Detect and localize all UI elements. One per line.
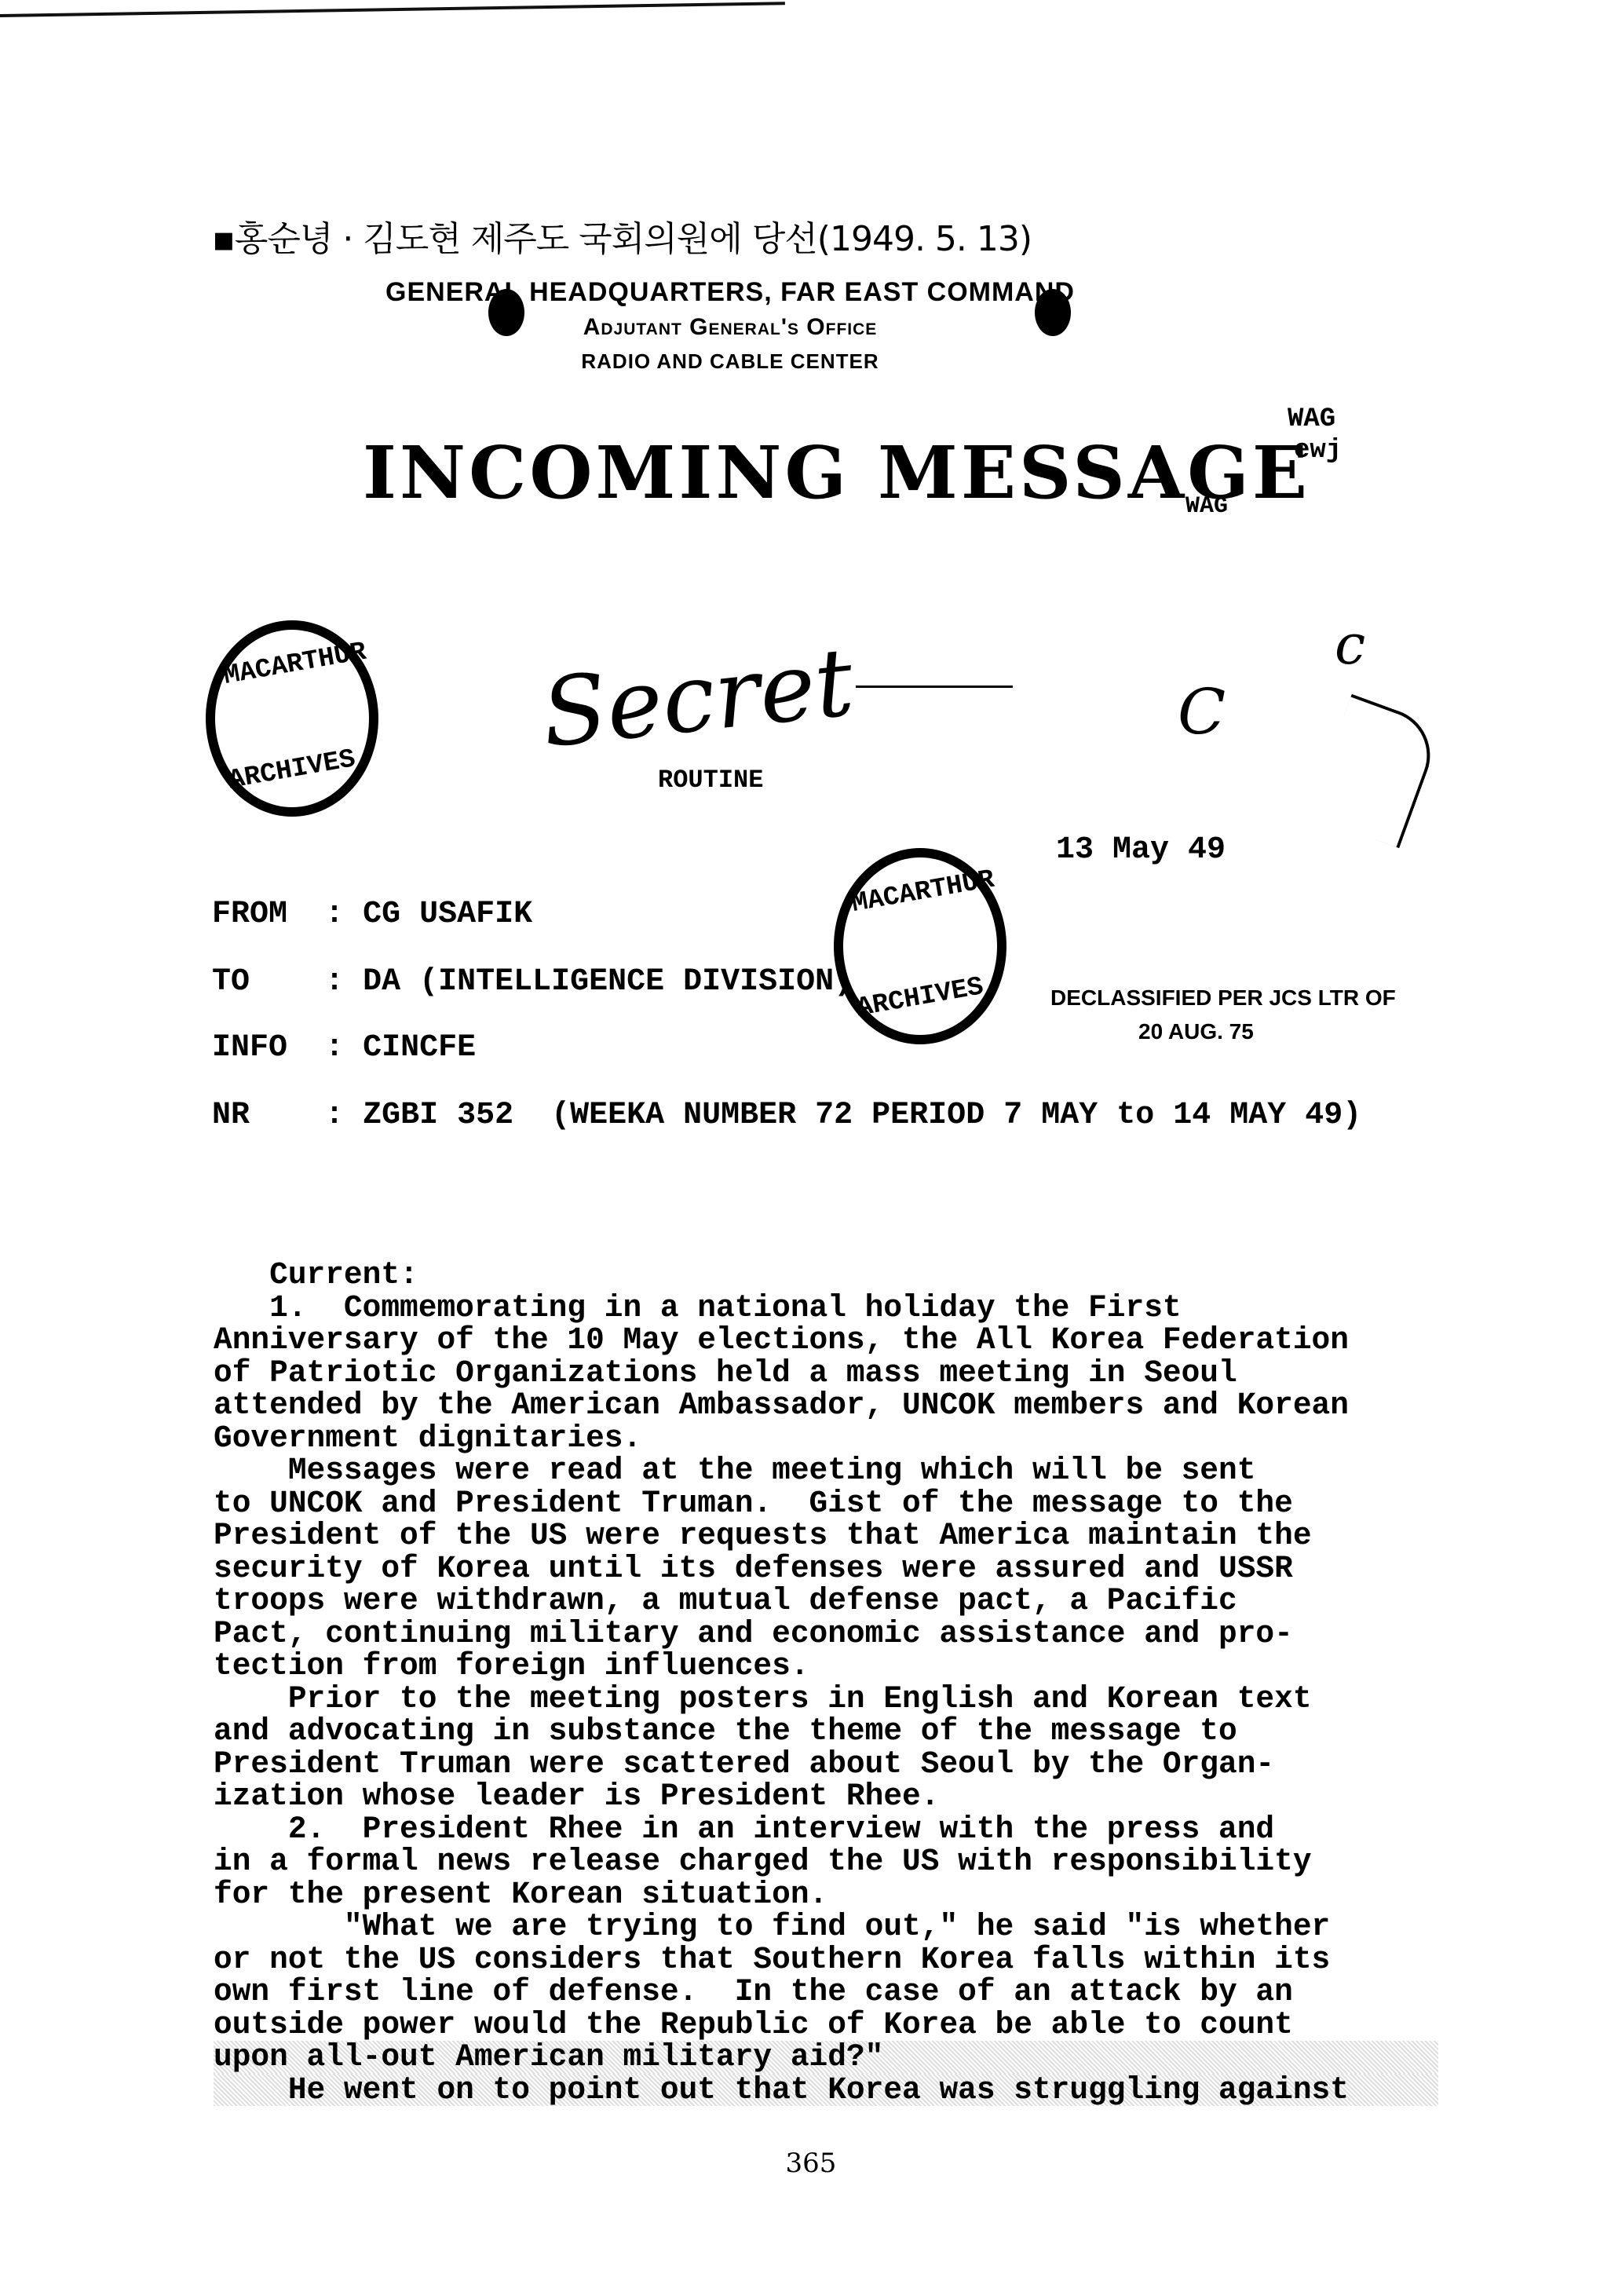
field-label: FROM (212, 897, 287, 932)
field-sep: : (325, 897, 344, 932)
body-line: President of the US were requests that A… (214, 1519, 1438, 1552)
field-value: CINCFE (363, 1030, 476, 1066)
field-nr: NR : ZGBI 352 (WEEKA NUMBER 72 PERIOD 7 … (212, 1098, 1361, 1133)
body-line: in a formal news release charged the US … (214, 1845, 1438, 1878)
body-line: ization whose leader is President Rhee. (214, 1780, 1438, 1813)
field-info: INFO : CINCFE (212, 1030, 476, 1066)
field-label: INFO (212, 1030, 287, 1066)
body-line: Pact, continuing military and economic a… (214, 1618, 1438, 1651)
letterhead-line-1: GENERAL HEADQUARTERS, FAR EAST COMMAND (0, 277, 1460, 308)
field-value: CG USAFIK (363, 897, 532, 932)
archive-stamp-1: MACARTHUR ARCHIVES (206, 620, 378, 817)
letterhead-line-2: Adjutant General's Office (0, 314, 1460, 341)
precedence: ROUTINE (658, 766, 763, 795)
body-line: President Truman were scattered about Se… (214, 1748, 1438, 1781)
page-number: 365 (0, 2148, 1622, 2179)
body-line: Messages were read at the meeting which … (214, 1454, 1438, 1487)
archive-stamp-2: MACARTHUR ARCHIVES (834, 848, 1006, 1044)
stamp-text-bottom: ARCHIVES (221, 744, 363, 797)
field-label: TO (212, 964, 250, 1000)
field-sep: : (325, 1030, 344, 1066)
stamp-text-top: MACARTHUR (221, 638, 363, 692)
body-line: He went on to point out that Korea was s… (214, 2074, 1438, 2107)
declassification-line-2: 20 AUG. 75 (1138, 1019, 1254, 1044)
body-line: Current: (214, 1259, 1438, 1292)
korean-caption: ▪홍순녕 · 김도현 제주도 국회의원에 당선(1949. 5. 13) (212, 210, 1032, 261)
classification-signature: Secret (537, 628, 858, 770)
handwritten-initials-2: c (1335, 612, 1365, 677)
routing-mark-wag: WAG (1288, 404, 1335, 434)
field-sep: : (325, 1098, 344, 1133)
message-body: Current: 1. Commemorating in a national … (214, 1194, 1438, 2139)
body-line: security of Korea until its defenses wer… (214, 1552, 1438, 1585)
body-line: or not the US considers that Southern Ko… (214, 1943, 1438, 1976)
message-date: 13 May 49 (1056, 832, 1226, 868)
routing-mark-ewj: ewj (1294, 436, 1342, 466)
handwritten-initials: C (1178, 675, 1226, 748)
handwritten-mark (1308, 694, 1444, 849)
field-sep: : (325, 964, 344, 1000)
body-line: of Patriotic Organizations held a mass m… (214, 1357, 1438, 1390)
body-line: outside power would the Republic of Kore… (214, 2009, 1438, 2042)
punch-hole-left (488, 289, 524, 336)
routing-mark-wag-2: WAG (1185, 493, 1228, 520)
body-line: own first line of defense. In the case o… (214, 1976, 1438, 2009)
signature-stroke (856, 686, 1013, 688)
stamp-text-bottom: ARCHIVES (849, 971, 991, 1025)
body-line: Government dignitaries. (214, 1422, 1438, 1455)
field-value: DA (INTELLIGENCE DIVISION) (363, 964, 853, 1000)
body-line: Anniversary of the 10 May elections, the… (214, 1324, 1438, 1357)
scan-edge-line (0, 2, 785, 17)
body-line: 2. President Rhee in an interview with t… (214, 1813, 1438, 1846)
field-to: TO : DA (INTELLIGENCE DIVISION) (212, 964, 853, 1000)
body-line: and advocating in substance the theme of… (214, 1715, 1438, 1748)
body-line: upon all-out American military aid?" (214, 2041, 1438, 2074)
stamp-text-top: MACARTHUR (849, 866, 991, 919)
body-line: 1. Commemorating in a national holiday t… (214, 1292, 1438, 1325)
punch-hole-right (1035, 289, 1071, 336)
body-line: to UNCOK and President Truman. Gist of t… (214, 1487, 1438, 1520)
body-line: Prior to the meeting posters in English … (214, 1683, 1438, 1716)
field-value: ZGBI 352 (WEEKA NUMBER 72 PERIOD 7 MAY t… (363, 1098, 1361, 1133)
page-title: INCOMING MESSAGE (363, 430, 1310, 515)
field-label: NR (212, 1098, 250, 1133)
body-line: troops were withdrawn, a mutual defense … (214, 1585, 1438, 1618)
body-line: "What we are trying to find out," he sai… (214, 1910, 1438, 1943)
field-from: FROM : CG USAFIK (212, 897, 532, 932)
body-line: for the present Korean situation. (214, 1878, 1438, 1911)
letterhead-line-3: RADIO AND CABLE CENTER (0, 349, 1460, 374)
body-line: attended by the American Ambassador, UNC… (214, 1389, 1438, 1422)
body-line: tection from foreign influences. (214, 1650, 1438, 1683)
declassification-line-1: DECLASSIFIED PER JCS LTR OF (1050, 985, 1396, 1011)
